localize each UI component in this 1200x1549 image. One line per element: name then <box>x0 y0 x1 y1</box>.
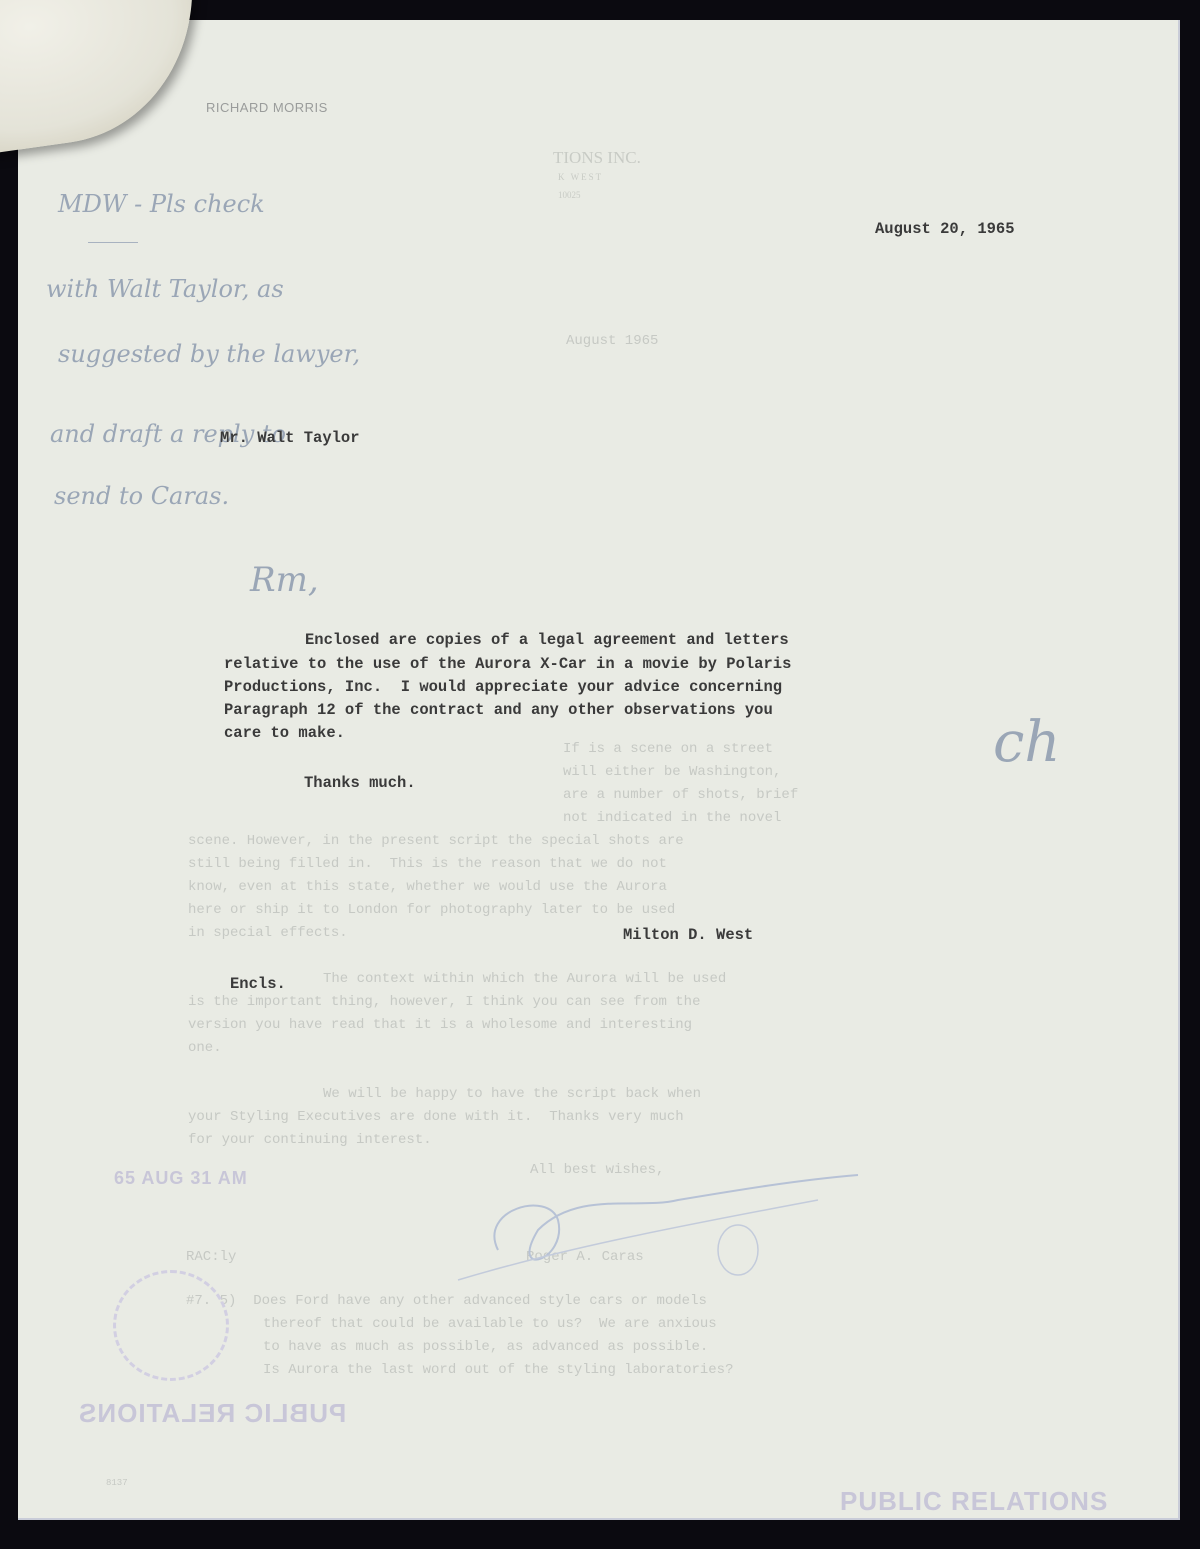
handwritten-margin-mark: ch <box>993 710 1060 775</box>
faded-address-1: K WEST <box>558 172 603 182</box>
bleed-line: will either be Washington, <box>563 761 781 784</box>
bleed-line: for your continuing interest. <box>188 1129 432 1152</box>
handwritten-line-1: MDW - Pls check <box>58 190 265 218</box>
bleed-line: thereof that could be available to us? W… <box>263 1313 717 1336</box>
public-relations-stamp-mirrored: PUBLIC RELATIONS <box>78 1398 346 1429</box>
bleed-line: in special effects. <box>188 922 348 945</box>
handwritten-line-5: send to Caras. <box>54 482 229 510</box>
bleed-line: We will be happy to have the script back… <box>323 1083 701 1106</box>
bleed-line: know, even at this state, whether we wou… <box>188 876 667 899</box>
handwritten-line-3: suggested by the lawyer, <box>58 340 360 368</box>
letterhead-name: RICHARD MORRIS <box>206 100 328 115</box>
faded-signature-scribble <box>438 1170 878 1290</box>
bottom-code: 8137 <box>106 1472 128 1495</box>
body-line-1: Enclosed are copies of a legal agreement… <box>305 629 789 653</box>
signature-name: Milton D. West <box>623 924 753 948</box>
handwritten-line-2: with Walt Taylor, as <box>46 275 284 303</box>
body-line-4: Paragraph 12 of the contract and any oth… <box>224 699 773 723</box>
bleed-line: to have as much as possible, as advanced… <box>263 1336 708 1359</box>
bleed-line: here or ship it to London for photograph… <box>188 899 675 922</box>
bleed-line: one. <box>188 1037 222 1060</box>
recipient-name: Mr. Walt Taylor <box>220 427 360 451</box>
bleed-line: RAC:ly <box>186 1246 236 1269</box>
bleed-line: The context within which the Aurora will… <box>323 968 726 991</box>
enclosures-note: Encls. <box>230 973 286 997</box>
bleed-line: #7. 5) Does Ford have any other advanced… <box>186 1290 707 1313</box>
received-stamp: 65 AUG 31 AM <box>114 1168 248 1189</box>
letter-page: RICHARD MORRIS TIONS INC. K WEST 10025 A… <box>18 20 1180 1520</box>
bleed-line: Is Aurora the last word out of the styli… <box>263 1359 733 1382</box>
handwritten-underline <box>88 242 138 243</box>
faded-address-2: 10025 <box>558 190 581 200</box>
bleed-line: your Styling Executives are done with it… <box>188 1106 684 1129</box>
bleed-line: are a number of shots, brief <box>563 784 798 807</box>
letter-date: August 20, 1965 <box>875 218 1015 242</box>
handwritten-initials: Rm, <box>250 560 319 600</box>
bleed-line: version you have read that it is a whole… <box>188 1014 692 1037</box>
bleed-line: scene. However, in the present script th… <box>188 830 684 853</box>
body-line-2: relative to the use of the Aurora X-Car … <box>224 653 791 677</box>
bleed-line: not indicated in the novel <box>563 807 781 830</box>
bleed-line: If is a scene on a street <box>563 738 773 761</box>
circular-stamp <box>113 1270 229 1381</box>
bleed-line: still being filled in. This is the reaso… <box>188 853 667 876</box>
body-line-3: Productions, Inc. I would appreciate you… <box>224 676 782 700</box>
faded-company-name: TIONS INC. <box>553 148 641 168</box>
faded-date: August 1965 <box>566 330 658 353</box>
closing-text: Thanks much. <box>304 772 416 796</box>
public-relations-stamp: PUBLIC RELATIONS <box>840 1486 1108 1517</box>
body-line-5: care to make. <box>224 722 345 746</box>
